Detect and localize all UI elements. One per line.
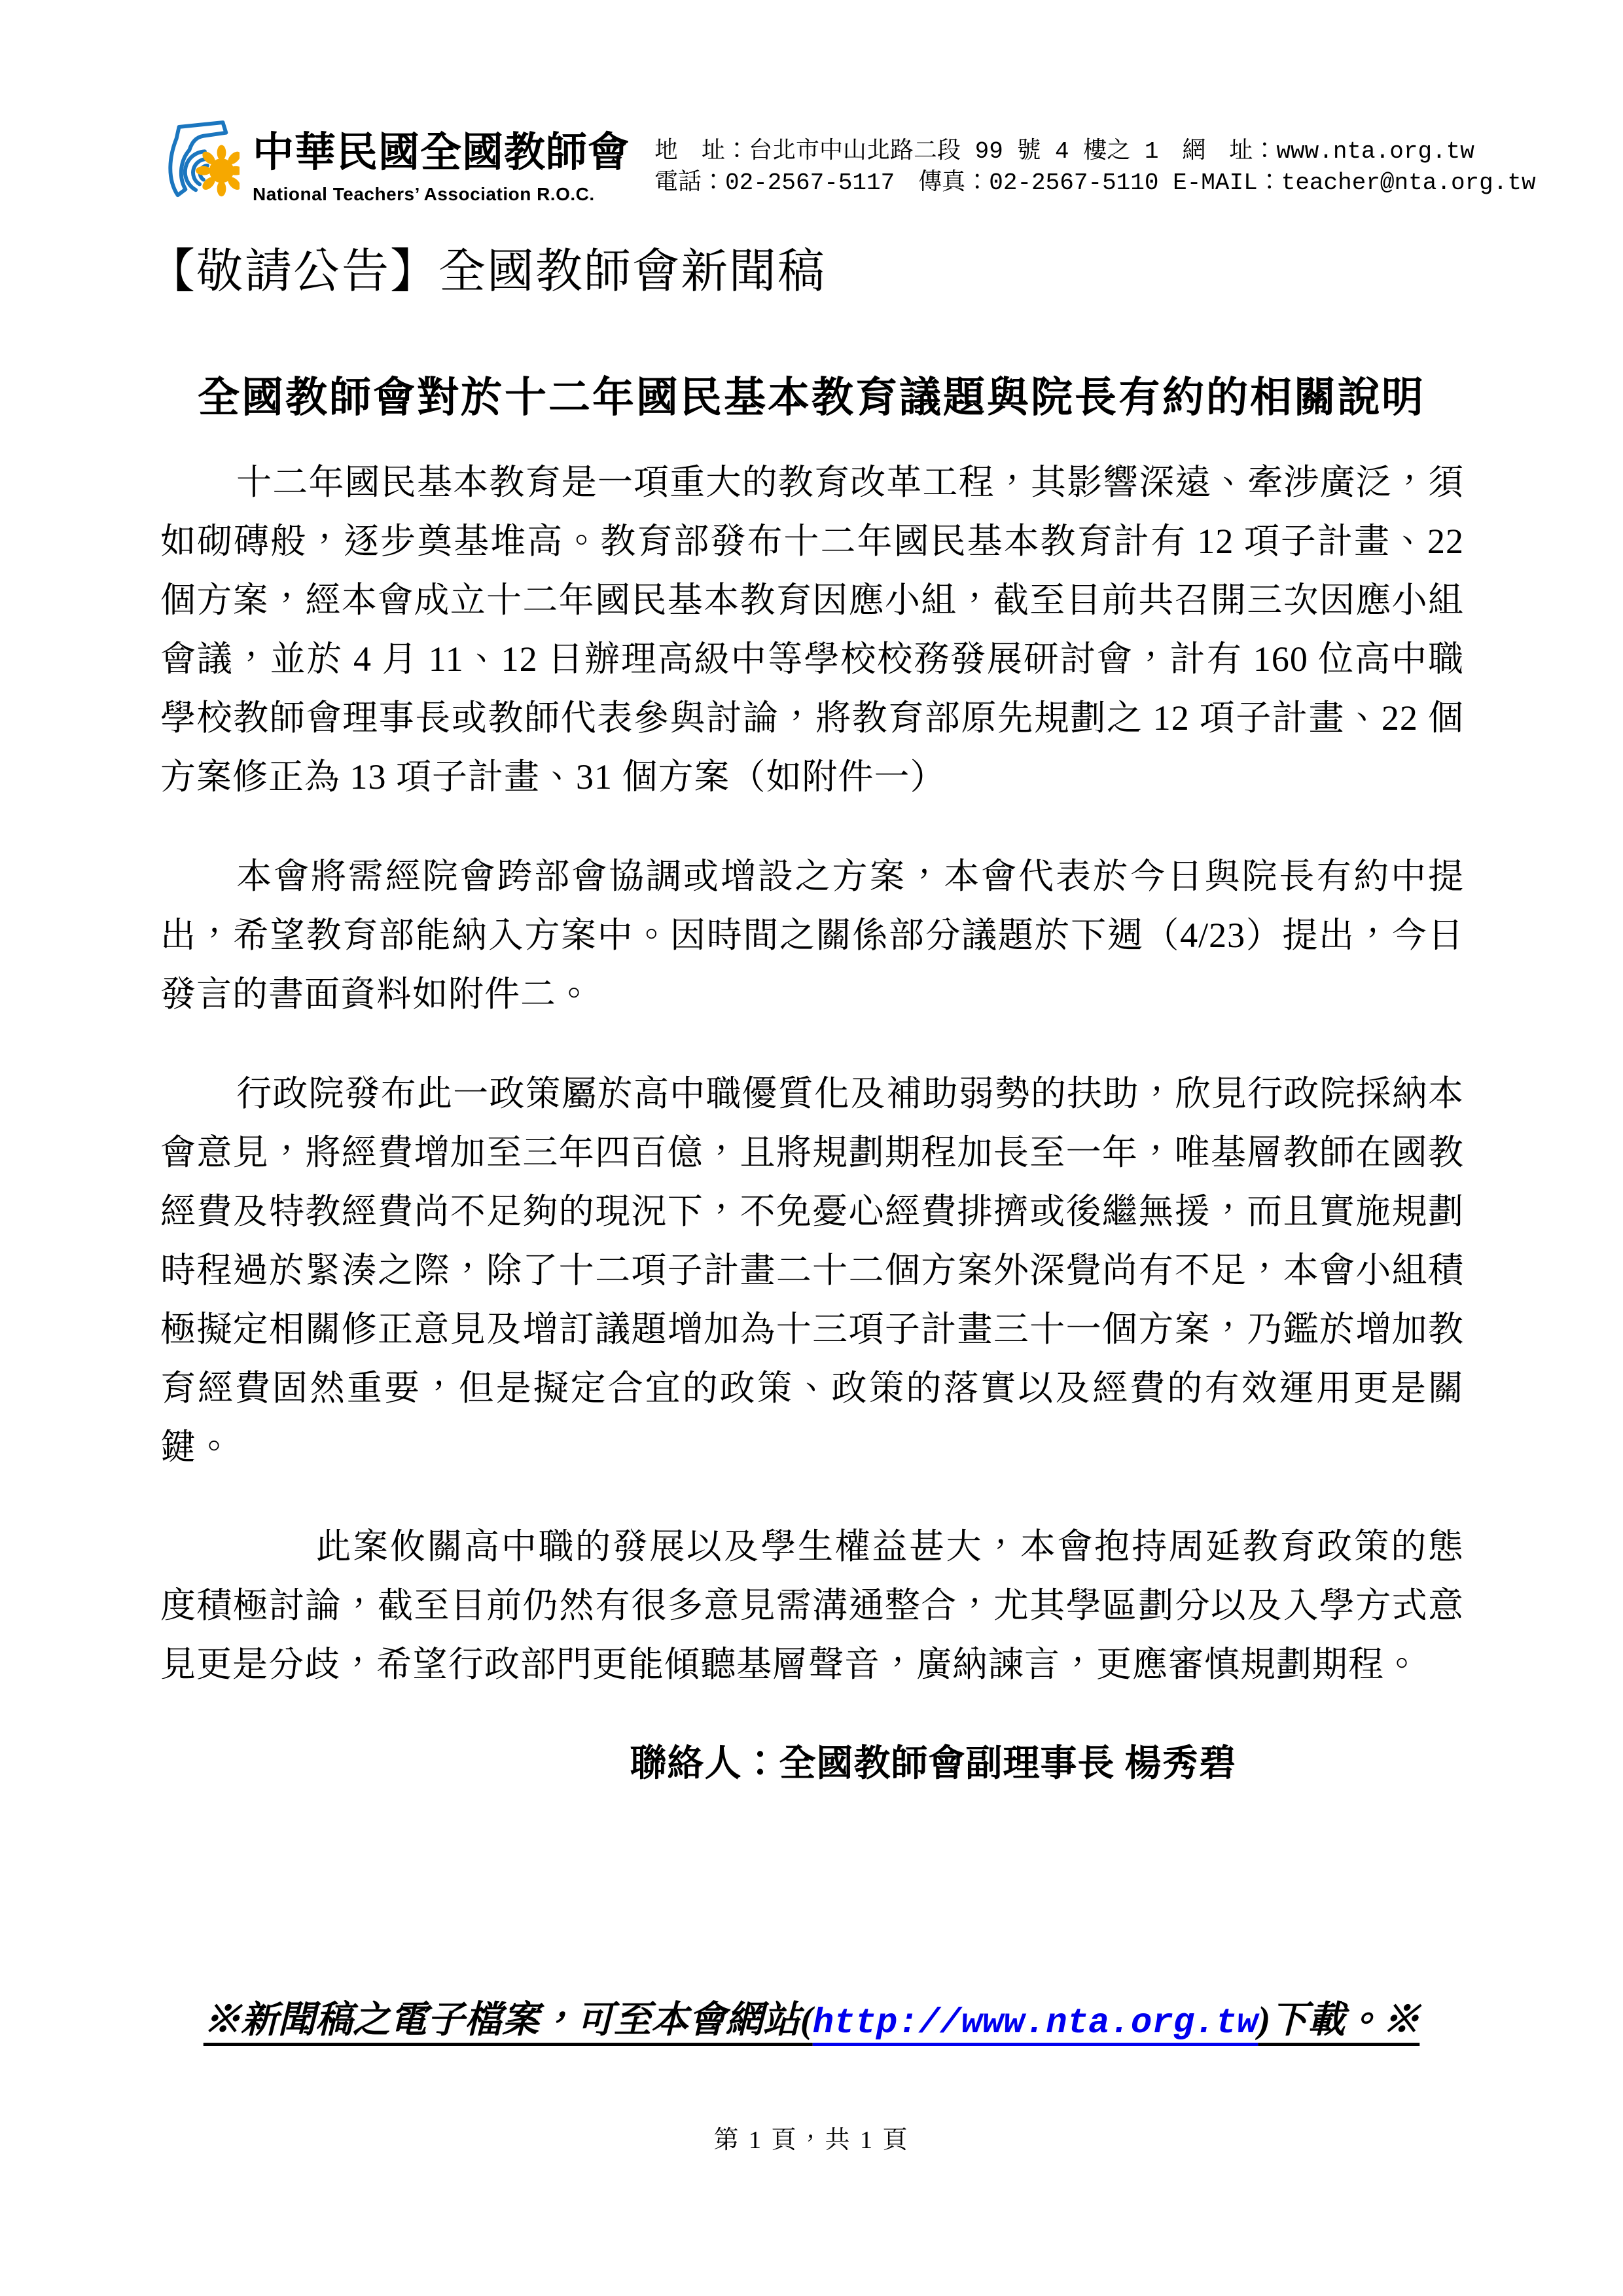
org-name-en: National Teachers’ Association R.O.C. bbox=[253, 184, 630, 205]
body-paragraph-2: 本會將需經院會跨部會協調或增設之方案，本會代表於今日與院長有約中提出，希望教育部… bbox=[160, 847, 1464, 1024]
download-note: ※新聞稿之電子檔案，可至本會網站(http://www.nta.org.tw)下… bbox=[0, 1990, 1623, 2043]
press-release-headline: 全國教師會對於十二年國民基本教育議題與院長有約的相關說明 bbox=[0, 364, 1623, 424]
download-note-prefix: ※新聞稿之電子檔案，可至本會網站( bbox=[204, 2000, 813, 2041]
body-paragraph-3: 行政院發布此一政策屬於高中職優質化及補助弱勢的扶助，欣見行政院採納本會意見，將經… bbox=[160, 1064, 1464, 1477]
org-name-zh: 中華民國全國教師會 bbox=[253, 119, 630, 179]
letterhead: 中華民國全國教師會 National Teachers’ Association… bbox=[162, 119, 1472, 205]
website-link[interactable]: http://www.nta.org.tw bbox=[813, 2003, 1258, 2043]
press-contact-line: 聯絡人：全國教師會副理事長 楊秀碧 bbox=[160, 1734, 1464, 1793]
contact-address-line: 地 址：台北市中山北路二段 99 號 4 樓之 1 網 址：www.nta.or… bbox=[654, 136, 1536, 168]
download-note-suffix: )下載。※ bbox=[1258, 2000, 1419, 2041]
document-title: 【敬請公告】全國教師會新聞稿 bbox=[148, 233, 826, 301]
document-page: 中華民國全國教師會 National Teachers’ Association… bbox=[0, 0, 1623, 2296]
org-logo: 中華民國全國教師會 National Teachers’ Association… bbox=[162, 119, 630, 205]
body-paragraph-1: 十二年國民基本教育是一項重大的教育改革工程，其影響深遠、牽涉廣泛，須如砌磚般，逐… bbox=[160, 453, 1464, 806]
body-paragraph-4: 此案攸關高中職的發展以及學生權益甚大，本會抱持周延教育政策的態度積極討論，截至目… bbox=[160, 1517, 1464, 1694]
org-name-block: 中華民國全國教師會 National Teachers’ Association… bbox=[253, 119, 630, 205]
page-number: 第 1 頁，共 1 頁 bbox=[0, 2119, 1623, 2155]
contact-phone-line: 電話：02-2567-5117 傳真：02-2567-5110 E-MAIL：t… bbox=[654, 168, 1536, 199]
press-release-body: 十二年國民基本教育是一項重大的教育改革工程，其影響深遠、牽涉廣泛，須如砌磚般，逐… bbox=[160, 453, 1464, 1834]
org-logo-icon bbox=[162, 120, 240, 204]
contact-info: 地 址：台北市中山北路二段 99 號 4 樓之 1 網 址：www.nta.or… bbox=[654, 119, 1536, 199]
